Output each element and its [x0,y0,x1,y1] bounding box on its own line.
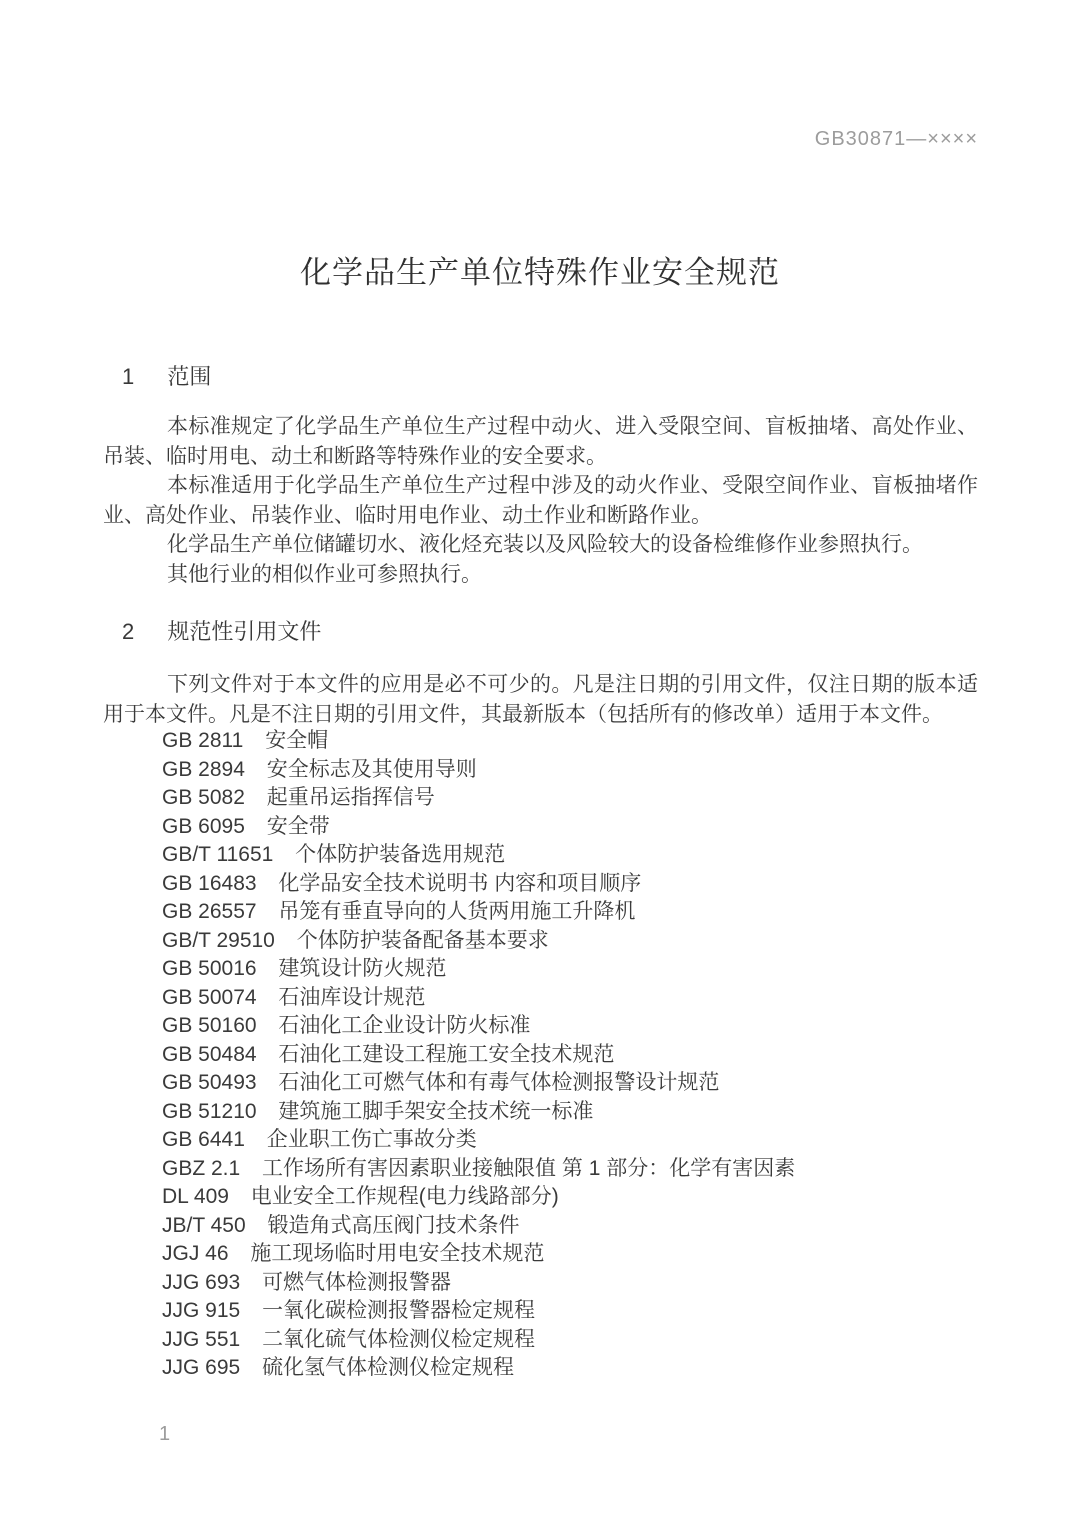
reference-name: 起重吊运指挥信号 [267,784,435,813]
reference-name: 吊笼有垂直导向的人货两用施工升降机 [278,898,635,927]
reference-code: JJG 915 [162,1297,240,1326]
reference-code: GBZ 2.1 [162,1155,240,1184]
reference-code: GB 6095 [162,813,245,842]
scope-paragraph-2: 本标准适用于化学品生产单位生产过程中涉及的动火作业、受限空间作业、盲板抽堵作业、… [103,471,978,530]
section-1-number: 1 [122,364,134,390]
reference-item: GB 50160 石油化工企业设计防火标准 [162,1012,978,1041]
reference-name: 安全帽 [265,727,328,756]
section-1-body: 本标准规定了化学品生产单位生产过程中动火、进入受限空间、盲板抽堵、高处作业、吊装… [103,412,978,589]
reference-name: 石油化工建设工程施工安全技术规范 [278,1041,614,1070]
reference-code: JB/T 450 [162,1212,246,1241]
document-title: 化学品生产单位特殊作业安全规范 [0,247,1080,292]
reference-item: DL 409 电业安全工作规程(电力线路部分) [162,1183,978,1212]
reference-name: 二氧化硫气体检测仪检定规程 [262,1326,535,1355]
reference-code: GB 51210 [162,1098,257,1127]
reference-item: GBZ 2.1 工作场所有害因素职业接触限值 第 1 部分：化学有害因素 [162,1155,978,1184]
section-2-heading: 2 规范性引用文件 [122,615,321,646]
reference-code: GB 50074 [162,984,257,1013]
reference-code: GB/T 11651 [162,841,273,870]
reference-name: 个体防护装备配备基本要求 [297,927,549,956]
reference-item: GB 6441 企业职工伤亡事故分类 [162,1126,978,1155]
scope-paragraph-1: 本标准规定了化学品生产单位生产过程中动火、进入受限空间、盲板抽堵、高处作业、吊装… [103,412,978,471]
reference-code: GB 26557 [162,898,257,927]
reference-item: JJG 693 可燃气体检测报警器 [162,1269,978,1298]
reference-name: 个体防护装备选用规范 [295,841,505,870]
page-number: 1 [159,1423,170,1446]
reference-code: JGJ 46 [162,1240,229,1269]
reference-code: GB/T 29510 [162,927,275,956]
reference-name: 硫化氢气体检测仪检定规程 [262,1354,514,1383]
reference-item: GB/T 29510 个体防护装备配备基本要求 [162,927,978,956]
reference-code: JJG 551 [162,1326,240,1355]
reference-item: JGJ 46 施工现场临时用电安全技术规范 [162,1240,978,1269]
reference-code: DL 409 [162,1183,229,1212]
reference-name: 建筑设计防火规范 [278,955,446,984]
reference-code: GB 50016 [162,955,257,984]
section-2-number: 2 [122,619,134,645]
references-list: GB 2811 安全帽 GB 2894 安全标志及其使用导则 GB 5082 起… [162,727,978,1383]
reference-name: 化学品安全技术说明书 内容和项目顺序 [278,870,641,899]
reference-item: JJG 915 一氧化碳检测报警器检定规程 [162,1297,978,1326]
reference-item: GB 2894 安全标志及其使用导则 [162,756,978,785]
reference-name: 可燃气体检测报警器 [262,1269,451,1298]
reference-item: GB/T 11651 个体防护装备选用规范 [162,841,978,870]
references-intro-paragraph: 下列文件对于本文件的应用是必不可少的。凡是注日期的引用文件，仅注日期的版本适用于… [103,670,978,729]
reference-item: JB/T 450 锻造角式高压阀门技术条件 [162,1212,978,1241]
reference-code: GB 5082 [162,784,245,813]
section-1-title: 范围 [167,360,211,391]
reference-item: GB 50484 石油化工建设工程施工安全技术规范 [162,1041,978,1070]
reference-code: GB 6441 [162,1126,245,1155]
scope-paragraph-4: 其他行业的相似作业可参照执行。 [103,560,978,590]
scope-paragraph-3: 化学品生产单位储罐切水、液化烃充装以及风险较大的设备检维修作业参照执行。 [103,530,978,560]
reference-code: JJG 695 [162,1354,240,1383]
reference-name: 电业安全工作规程(电力线路部分) [251,1183,559,1212]
reference-code: GB 50493 [162,1069,257,1098]
reference-name: 石油化工可燃气体和有毒气体检测报警设计规范 [278,1069,719,1098]
reference-item: GB 51210 建筑施工脚手架安全技术统一标准 [162,1098,978,1127]
reference-item: GB 50493 石油化工可燃气体和有毒气体检测报警设计规范 [162,1069,978,1098]
reference-name: 企业职工伤亡事故分类 [267,1126,477,1155]
section-2-title: 规范性引用文件 [167,615,321,646]
reference-name: 一氧化碳检测报警器检定规程 [262,1297,535,1326]
reference-name: 锻造角式高压阀门技术条件 [268,1212,520,1241]
reference-name: 施工现场临时用电安全技术规范 [250,1240,544,1269]
section-2-intro: 下列文件对于本文件的应用是必不可少的。凡是注日期的引用文件，仅注日期的版本适用于… [103,670,978,729]
reference-code: GB 2811 [162,727,243,756]
reference-item: GB 16483 化学品安全技术说明书 内容和项目顺序 [162,870,978,899]
reference-item: GB 5082 起重吊运指挥信号 [162,784,978,813]
reference-code: JJG 693 [162,1269,240,1298]
section-1-heading: 1 范围 [122,360,211,391]
reference-name: 安全标志及其使用导则 [267,756,477,785]
reference-item: GB 50074 石油库设计规范 [162,984,978,1013]
reference-code: GB 50160 [162,1012,257,1041]
reference-name: 石油化工企业设计防火标准 [278,1012,530,1041]
document-page: GB30871—×××× 化学品生产单位特殊作业安全规范 1 范围 本标准规定了… [0,0,1080,1527]
reference-name: 工作场所有害因素职业接触限值 第 1 部分：化学有害因素 [262,1155,795,1184]
reference-code: GB 50484 [162,1041,257,1070]
reference-item: GB 50016 建筑设计防火规范 [162,955,978,984]
reference-item: GB 26557 吊笼有垂直导向的人货两用施工升降机 [162,898,978,927]
reference-item: JJG 551 二氧化硫气体检测仪检定规程 [162,1326,978,1355]
reference-item: GB 6095 安全带 [162,813,978,842]
reference-code: GB 2894 [162,756,245,785]
reference-item: JJG 695 硫化氢气体检测仪检定规程 [162,1354,978,1383]
standard-number-header: GB30871—×××× [815,128,978,151]
reference-item: GB 2811 安全帽 [162,727,978,756]
reference-name: 建筑施工脚手架安全技术统一标准 [278,1098,593,1127]
reference-name: 石油库设计规范 [278,984,425,1013]
reference-code: GB 16483 [162,870,257,899]
reference-name: 安全带 [267,813,330,842]
